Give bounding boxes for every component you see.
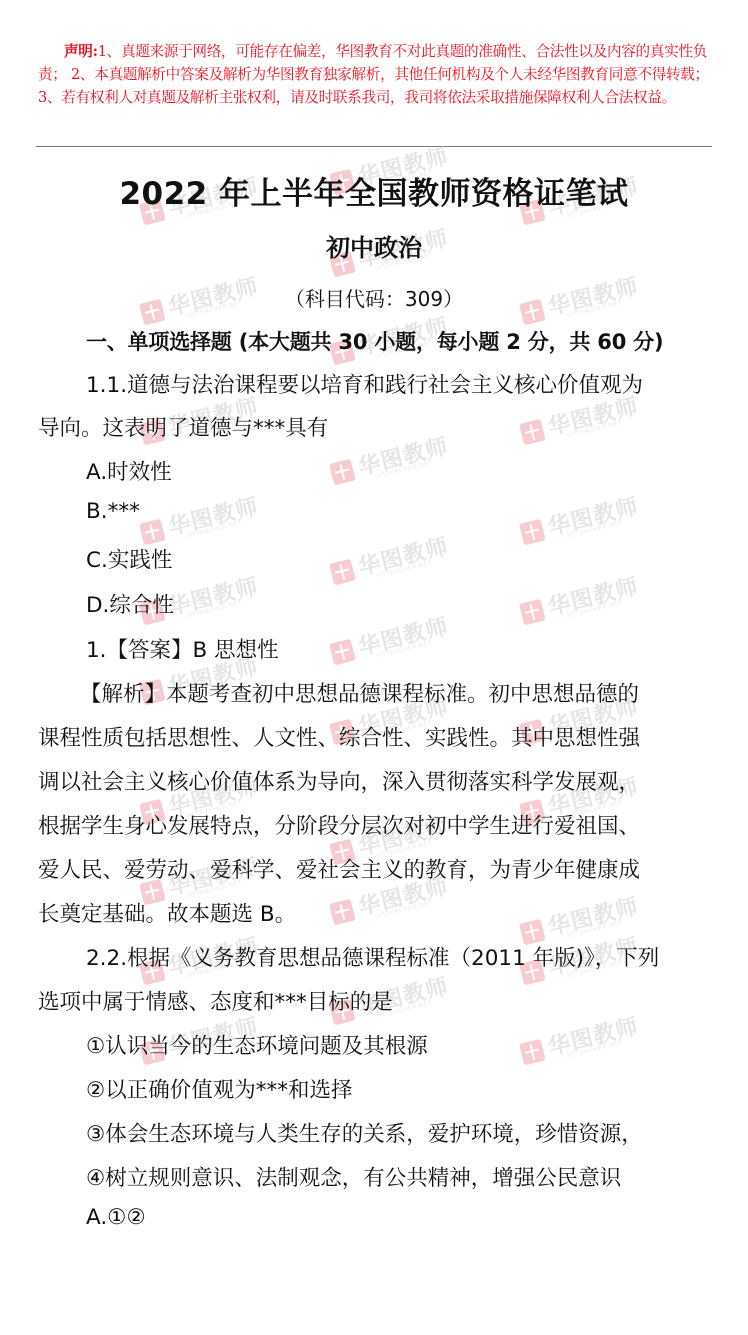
subject-code: （科目代码：309）: [0, 283, 748, 312]
q1-option-a: A.时效性: [86, 455, 172, 486]
watermark-logo-icon: [519, 599, 546, 626]
watermark-logo-icon: [329, 639, 356, 666]
disclaimer: 声明:1、真题来源于网络，可能存在偏差，华图教育不对此真题的准确性、合法性以及内…: [38, 40, 710, 109]
q1-analysis-line-5: 爱人民、爱劳动、爱科学、爱社会主义的教育，为青少年健康成: [38, 853, 640, 884]
watermark: 华图教师HTTEACHER.NET: [327, 603, 464, 677]
q1-answer: 1.【答案】B 思想性: [86, 633, 279, 664]
q1-option-d: D.综合性: [86, 588, 174, 619]
watermark-text: 华图教师: [355, 529, 452, 581]
q1-analysis-line-4: 根据学生身心发展特点，分阶段分层次对初中学生进行爱祖国、: [38, 809, 640, 840]
separator-rule: [36, 146, 712, 147]
q1-stem-line-1: 1.1.道德与法治课程要以培育和践行社会主义核心价值观为: [86, 368, 643, 399]
watermark-text: 华图教师: [545, 1009, 642, 1061]
watermark-url: HTTEACHER.NET: [377, 559, 433, 579]
watermark-logo-icon: [519, 419, 546, 446]
watermark: 华图教师HTTEACHER.NET: [517, 563, 654, 637]
page-title: 2022 年上半年全国教师资格证笔试: [0, 168, 748, 213]
q1-analysis-line-3: 调以社会主义核心价值体系为导向，深入贯彻落实科学发展观，: [38, 765, 640, 796]
q1-analysis-line-1: 【解析】本题考查初中思想品德课程标准。初中思想品德的: [80, 677, 639, 708]
subject-title: 初中政治: [0, 228, 748, 263]
watermark-logo-icon: [329, 459, 356, 486]
q1-analysis-line-2: 课程性质包括思想性、人文性、综合性、实践性。其中思想性强: [38, 721, 640, 752]
watermark-url: HTTEACHER.NET: [377, 459, 433, 479]
q2-stem-line-1: 2.2.根据《义务教育思想品德课程标准（2011 年版)》，下列: [86, 941, 659, 972]
watermark-url: HTTEACHER.NET: [377, 639, 433, 659]
watermark-text: 华图教师: [165, 569, 262, 621]
watermark-url: HTTEACHER.NET: [567, 1039, 623, 1059]
watermark-text: 华图教师: [355, 609, 452, 661]
section-heading: 一、单项选择题 (本大题共 30 小题，每小题 2 分，共 60 分): [86, 326, 663, 356]
watermark-logo-icon: [329, 559, 356, 586]
watermark-url: HTTEACHER.NET: [567, 419, 623, 439]
watermark: 华图教师HTTEACHER.NET: [327, 523, 464, 597]
watermark-text: 华图教师: [545, 569, 642, 621]
watermark-url: HTTEACHER.NET: [567, 919, 623, 939]
q2-item-1: ①认识当今的生态环境问题及其根源: [86, 1029, 428, 1060]
watermark-url: HTTEACHER.NET: [567, 519, 623, 539]
watermark-logo-icon: [139, 519, 166, 546]
watermark-text: 华图教师: [165, 489, 262, 541]
q2-item-2: ②以正确价值观为***和选择: [86, 1073, 353, 1104]
watermark: 华图教师HTTEACHER.NET: [517, 1003, 654, 1077]
watermark-url: HTTEACHER.NET: [377, 899, 433, 919]
disclaimer-text: 1、真题来源于网络，可能存在偏差，华图教育不对此真题的准确性、合法性以及内容的真…: [38, 43, 709, 106]
watermark-url: HTTEACHER.NET: [187, 599, 243, 619]
watermark-logo-icon: [519, 1039, 546, 1066]
q1-stem-line-2: 导向。这表明了道德与***具有: [38, 411, 328, 442]
watermark-url: HTTEACHER.NET: [187, 519, 243, 539]
q2-item-4: ④树立规则意识、法制观念，有公共精神，增强公民意识: [86, 1161, 621, 1192]
watermark-url: HTTEACHER.NET: [567, 599, 623, 619]
watermark-text: 华图教师: [545, 889, 642, 941]
q2-stem-line-2: 选项中属于情感、态度和***目标的是: [38, 985, 393, 1016]
watermark-text: 华图教师: [545, 489, 642, 541]
watermark-logo-icon: [329, 899, 356, 926]
q2-item-3: ③体会生态环境与人类生存的关系，爱护环境，珍惜资源，: [86, 1117, 643, 1148]
watermark: 华图教师HTTEACHER.NET: [517, 483, 654, 557]
q1-option-c: C.实践性: [86, 543, 172, 574]
watermark-text: 华图教师: [355, 429, 452, 481]
q1-analysis-line-6: 长奠定基础。故本题选 B。: [38, 897, 296, 928]
q2-option-a: A.①②: [86, 1205, 146, 1230]
watermark: 华图教师HTTEACHER.NET: [327, 423, 464, 497]
watermark-logo-icon: [519, 519, 546, 546]
disclaimer-lead: 声明:: [64, 43, 98, 60]
q1-option-b: B.***: [86, 499, 140, 524]
